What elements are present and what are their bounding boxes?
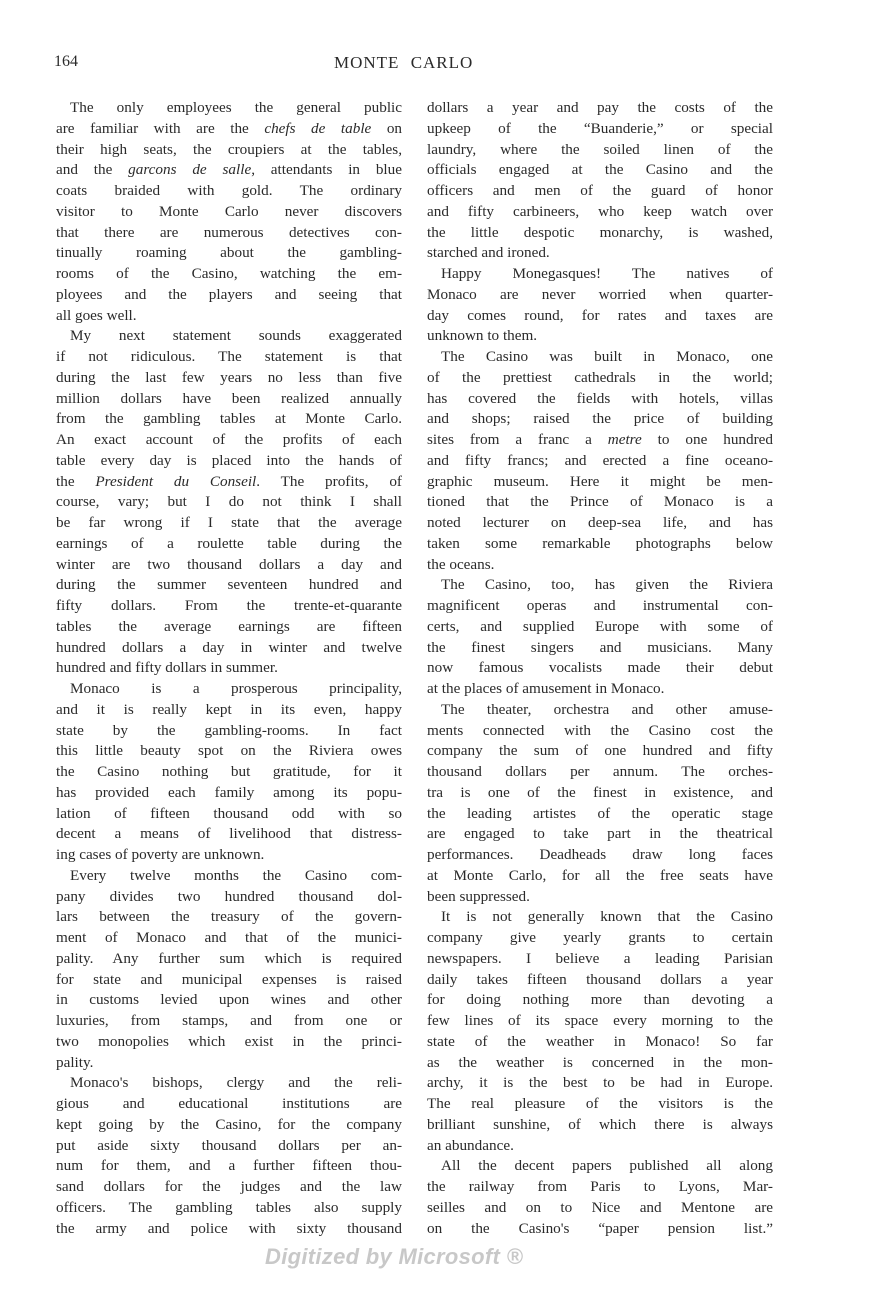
text-line: has provided each family among its popu- [56, 783, 402, 804]
text-line: num for them, and a further fifteen thou… [56, 1156, 402, 1177]
text-line: the President du Conseil. The profits, o… [56, 472, 402, 493]
text-line: officers. The gambling tables also suppl… [56, 1198, 402, 1219]
text-line: certs, and supplied Europe with some of [427, 617, 773, 638]
text-line: graphic museum. Here it might be men- [427, 472, 773, 493]
text-line: coats braided with gold. The ordinary [56, 181, 402, 202]
text-line: tinually roaming about the gambling- [56, 243, 402, 264]
text-line: the oceans. [427, 555, 773, 576]
page-number: 164 [54, 53, 78, 71]
text-line: course, vary; but I do not think I shall [56, 492, 402, 513]
text-line: The theater, orchestra and other amuse- [427, 700, 773, 721]
text-line: in customs levied upon wines and other [56, 990, 402, 1011]
text-line: tioned that the Prince of Monaco is a [427, 492, 773, 513]
text-line: ments connected with the Casino cost the [427, 721, 773, 742]
digitized-watermark: Digitized by Microsoft ® [265, 1244, 523, 1270]
text-line: day comes round, for rates and taxes are [427, 306, 773, 327]
text-line: and the garcons de salle, attendants in … [56, 160, 402, 181]
text-line: The Casino was built in Monaco, one [427, 347, 773, 368]
running-title: MONTE CARLO [334, 53, 473, 73]
text-line: tables the average earnings are fifteen [56, 617, 402, 638]
text-line: state of the weather in Monaco! So far [427, 1032, 773, 1053]
text-line: fifty dollars. From the trente-et-quaran… [56, 596, 402, 617]
text-line: The only employees the general public [56, 98, 402, 119]
text-line: newspapers. I believe a leading Parisian [427, 949, 773, 970]
left-text-column: The only employees the general publicare… [56, 98, 402, 1239]
text-line: sites from a franc a metre to one hundre… [427, 430, 773, 451]
text-line: are engaged to take part in the theatric… [427, 824, 773, 845]
text-line: Monaco is a prosperous principality, [56, 679, 402, 700]
text-line: that there are numerous detectives con- [56, 223, 402, 244]
text-line: gious and educational institutions are [56, 1094, 402, 1115]
text-line: state by the gambling-rooms. In fact [56, 721, 402, 742]
text-line: rooms of the Casino, watching the em- [56, 264, 402, 285]
text-line: daily takes fifteen thousand dollars a y… [427, 970, 773, 991]
text-line: now famous vocalists made their debut [427, 658, 773, 679]
text-line: are familiar with are the chefs de table… [56, 119, 402, 140]
text-line: and it is really kept in its even, happy [56, 700, 402, 721]
text-line: lars between the treasury of the govern- [56, 907, 402, 928]
text-line: their high seats, the croupiers at the t… [56, 140, 402, 161]
text-line: for state and municipal expenses is rais… [56, 970, 402, 991]
text-line: My next statement sounds exaggerated [56, 326, 402, 347]
text-line: at Monte Carlo, for all the free seats h… [427, 866, 773, 887]
text-line: It is not generally known that the Casin… [427, 907, 773, 928]
text-line: All the decent papers published all alon… [427, 1156, 773, 1177]
text-line: lation of fifteen thousand odd with so [56, 804, 402, 825]
text-line: the little despotic monarchy, is washed, [427, 223, 773, 244]
text-line: pany divides two hundred thousand dol- [56, 887, 402, 908]
text-line: upkeep of the “Buanderie,” or special [427, 119, 773, 140]
text-line: the army and police with sixty thousand [56, 1219, 402, 1240]
text-line: has covered the fields with hotels, vill… [427, 389, 773, 410]
text-line: ing cases of poverty are unknown. [56, 845, 402, 866]
text-line: of the prettiest cathedrals in the world… [427, 368, 773, 389]
text-line: be far wrong if I state that the average [56, 513, 402, 534]
text-line: An exact account of the profits of each [56, 430, 402, 451]
text-line: The real pleasure of the visitors is the [427, 1094, 773, 1115]
text-line: this little beauty spot on the Riviera o… [56, 741, 402, 762]
text-line: during the summer seventeen hundred and [56, 575, 402, 596]
text-line: the leading artistes of the operatic sta… [427, 804, 773, 825]
text-line: archy, it is the best to be had in Europ… [427, 1073, 773, 1094]
text-line: been suppressed. [427, 887, 773, 908]
text-line: earnings of a roulette table during the [56, 534, 402, 555]
text-line: and shops; raised the price of building [427, 409, 773, 430]
text-line: the Casino nothing but gratitude, for it [56, 762, 402, 783]
text-line: noted lecturer on deep-sea life, and has [427, 513, 773, 534]
text-line: and fifty francs; and erected a fine oce… [427, 451, 773, 472]
text-line: if not ridiculous. The statement is that [56, 347, 402, 368]
text-line: two monopolies which exist in the princi… [56, 1032, 402, 1053]
text-line: at the places of amusement in Monaco. [427, 679, 773, 700]
text-line: all goes well. [56, 306, 402, 327]
text-line: winter are two thousand dollars a day an… [56, 555, 402, 576]
text-line: ment of Monaco and that of the munici- [56, 928, 402, 949]
text-line: decent a means of livelihood that distre… [56, 824, 402, 845]
text-line: brilliant sunshine, of which there is al… [427, 1115, 773, 1136]
text-line: dollars a year and pay the costs of the [427, 98, 773, 119]
text-line: officials engaged at the Casino and the [427, 160, 773, 181]
text-line: ployees and the players and seeing that [56, 285, 402, 306]
text-line: hundred and fifty dollars in summer. [56, 658, 402, 679]
text-line: visitor to Monte Carlo never discovers [56, 202, 402, 223]
text-line: an abundance. [427, 1136, 773, 1157]
text-line: magnificent operas and instrumental con- [427, 596, 773, 617]
text-line: table every day is placed into the hands… [56, 451, 402, 472]
text-line: pality. [56, 1053, 402, 1074]
text-line: from the gambling tables at Monte Carlo. [56, 409, 402, 430]
text-line: as the weather is concerned in the mon- [427, 1053, 773, 1074]
text-line: the finest singers and musicians. Many [427, 638, 773, 659]
text-line: hundred dollars a day in winter and twel… [56, 638, 402, 659]
text-line: tra is one of the finest in existence, a… [427, 783, 773, 804]
text-line: and fifty carbineers, who keep watch ove… [427, 202, 773, 223]
text-line: Monaco's bishops, clergy and the reli- [56, 1073, 402, 1094]
text-line: on the Casino's “paper pension list.” [427, 1219, 773, 1240]
text-line: performances. Deadheads draw long faces [427, 845, 773, 866]
text-line: kept going by the Casino, for the compan… [56, 1115, 402, 1136]
text-line: put aside sixty thousand dollars per an- [56, 1136, 402, 1157]
text-line: unknown to them. [427, 326, 773, 347]
text-line: Monaco are never worried when quarter- [427, 285, 773, 306]
text-line: Every twelve months the Casino com- [56, 866, 402, 887]
text-line: pality. Any further sum which is require… [56, 949, 402, 970]
text-line: Happy Monegasques! The natives of [427, 264, 773, 285]
text-line: sand dollars for the judges and the law [56, 1177, 402, 1198]
text-line: thousand dollars per annum. The orches- [427, 762, 773, 783]
text-line: the railway from Paris to Lyons, Mar- [427, 1177, 773, 1198]
text-line: taken some remarkable photographs below [427, 534, 773, 555]
text-line: for doing nothing more than devoting a [427, 990, 773, 1011]
text-line: company the sum of one hundred and fifty [427, 741, 773, 762]
text-line: The Casino, too, has given the Riviera [427, 575, 773, 596]
text-line: seilles and on to Nice and Mentone are [427, 1198, 773, 1219]
text-line: starched and ironed. [427, 243, 773, 264]
text-line: few lines of its space every morning to … [427, 1011, 773, 1032]
text-line: officers and men of the guard of honor [427, 181, 773, 202]
text-line: company give yearly grants to certain [427, 928, 773, 949]
text-line: million dollars have been realized annua… [56, 389, 402, 410]
right-text-column: dollars a year and pay the costs of theu… [427, 98, 773, 1239]
text-line: luxuries, from stamps, and from one or [56, 1011, 402, 1032]
text-line: during the last few years no less than f… [56, 368, 402, 389]
text-line: laundry, where the soiled linen of the [427, 140, 773, 161]
